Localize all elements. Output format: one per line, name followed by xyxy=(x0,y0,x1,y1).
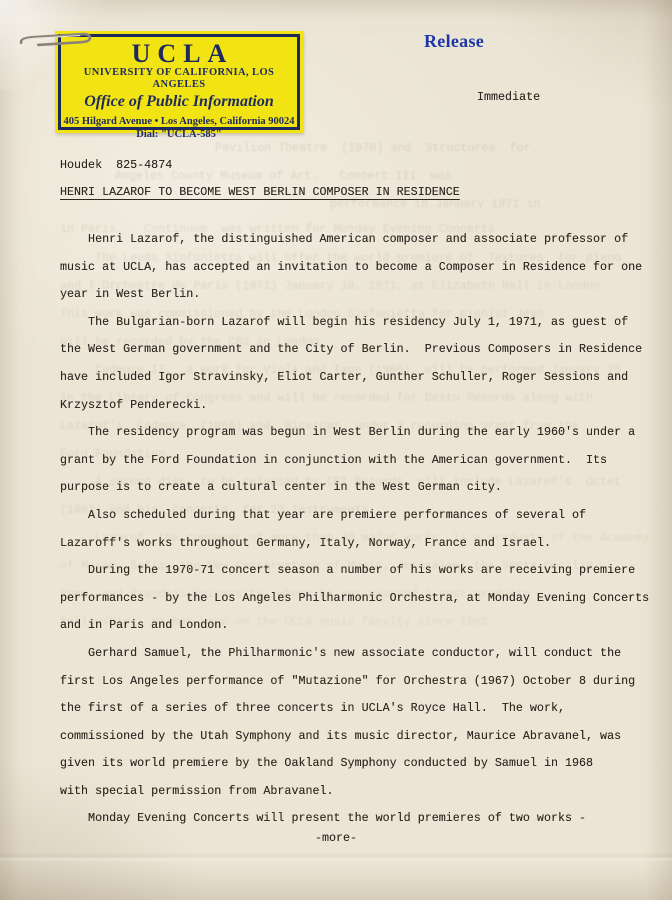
body-line: purpose is to create a cultural center i… xyxy=(60,474,660,502)
body-line: have included Igor Stravinsky, Eliot Car… xyxy=(60,364,660,392)
body-line: commissioned by the Utah Symphony and it… xyxy=(60,723,660,751)
body-line: year in West Berlin. xyxy=(60,281,660,309)
body-line: the first of a series of three concerts … xyxy=(60,695,660,723)
more-marker: -more- xyxy=(0,831,672,845)
body-line: The Bulgarian-born Lazarof will begin hi… xyxy=(60,309,660,337)
body-line: Krzysztof Penderecki. xyxy=(60,392,660,420)
body-line: the West German government and the City … xyxy=(60,336,660,364)
body-line: The residency program was begun in West … xyxy=(60,419,660,447)
letterhead-university-line: UNIVERSITY OF CALIFORNIA, LOS ANGELES xyxy=(61,67,297,91)
letterhead-border: UCLA UNIVERSITY OF CALIFORNIA, LOS ANGEL… xyxy=(58,34,300,130)
body-line: Also scheduled during that year are prem… xyxy=(60,502,660,530)
body-line: During the 1970-71 concert season a numb… xyxy=(60,557,660,585)
letterhead-address-line: 405 Hilgard Avenue • Los Angeles, Califo… xyxy=(61,115,297,128)
contact-line: Houdek 825-4874 xyxy=(60,158,172,172)
release-timing: Immediate xyxy=(477,90,540,104)
headline: HENRI LAZAROF TO BECOME WEST BERLIN COMP… xyxy=(60,185,460,199)
body-line: Henri Lazarof, the distinguished America… xyxy=(60,226,660,254)
bleedthrough-text: Pavilion Theatre (1970) and Structures f… xyxy=(215,141,531,155)
body-line: first Los Angeles performance of "Mutazi… xyxy=(60,668,660,696)
letterhead-office-line: Office of Public Information xyxy=(61,92,297,111)
body-line: grant by the Ford Foundation in conjunct… xyxy=(60,447,660,475)
release-label: Release xyxy=(424,31,484,52)
bleedthrough-text: performance in January 1971 in xyxy=(330,197,540,211)
body-line: Lazaroff's works throughout Germany, Ita… xyxy=(60,530,660,558)
ucla-logo-text: UCLA xyxy=(61,40,297,67)
body-line: music at UCLA, has accepted an invitatio… xyxy=(60,254,660,282)
paperclip-icon xyxy=(18,28,95,52)
press-release-page: Pavilion Theatre (1970) and Structures f… xyxy=(0,0,672,900)
body-line: and in Paris and London. xyxy=(60,612,660,640)
body-line: Monday Evening Concerts will present the… xyxy=(60,805,660,833)
body-line: performances - by the Los Angeles Philha… xyxy=(60,585,660,613)
letterhead-dial-line: Dial: "UCLA-585" xyxy=(61,128,297,141)
body-line: with special permission from Abravanel. xyxy=(60,778,660,806)
body-text: Henri Lazarof, the distinguished America… xyxy=(60,226,660,833)
body-line: given its world premiere by the Oakland … xyxy=(60,750,660,778)
body-line: Gerhard Samuel, the Philharmonic's new a… xyxy=(60,640,660,668)
